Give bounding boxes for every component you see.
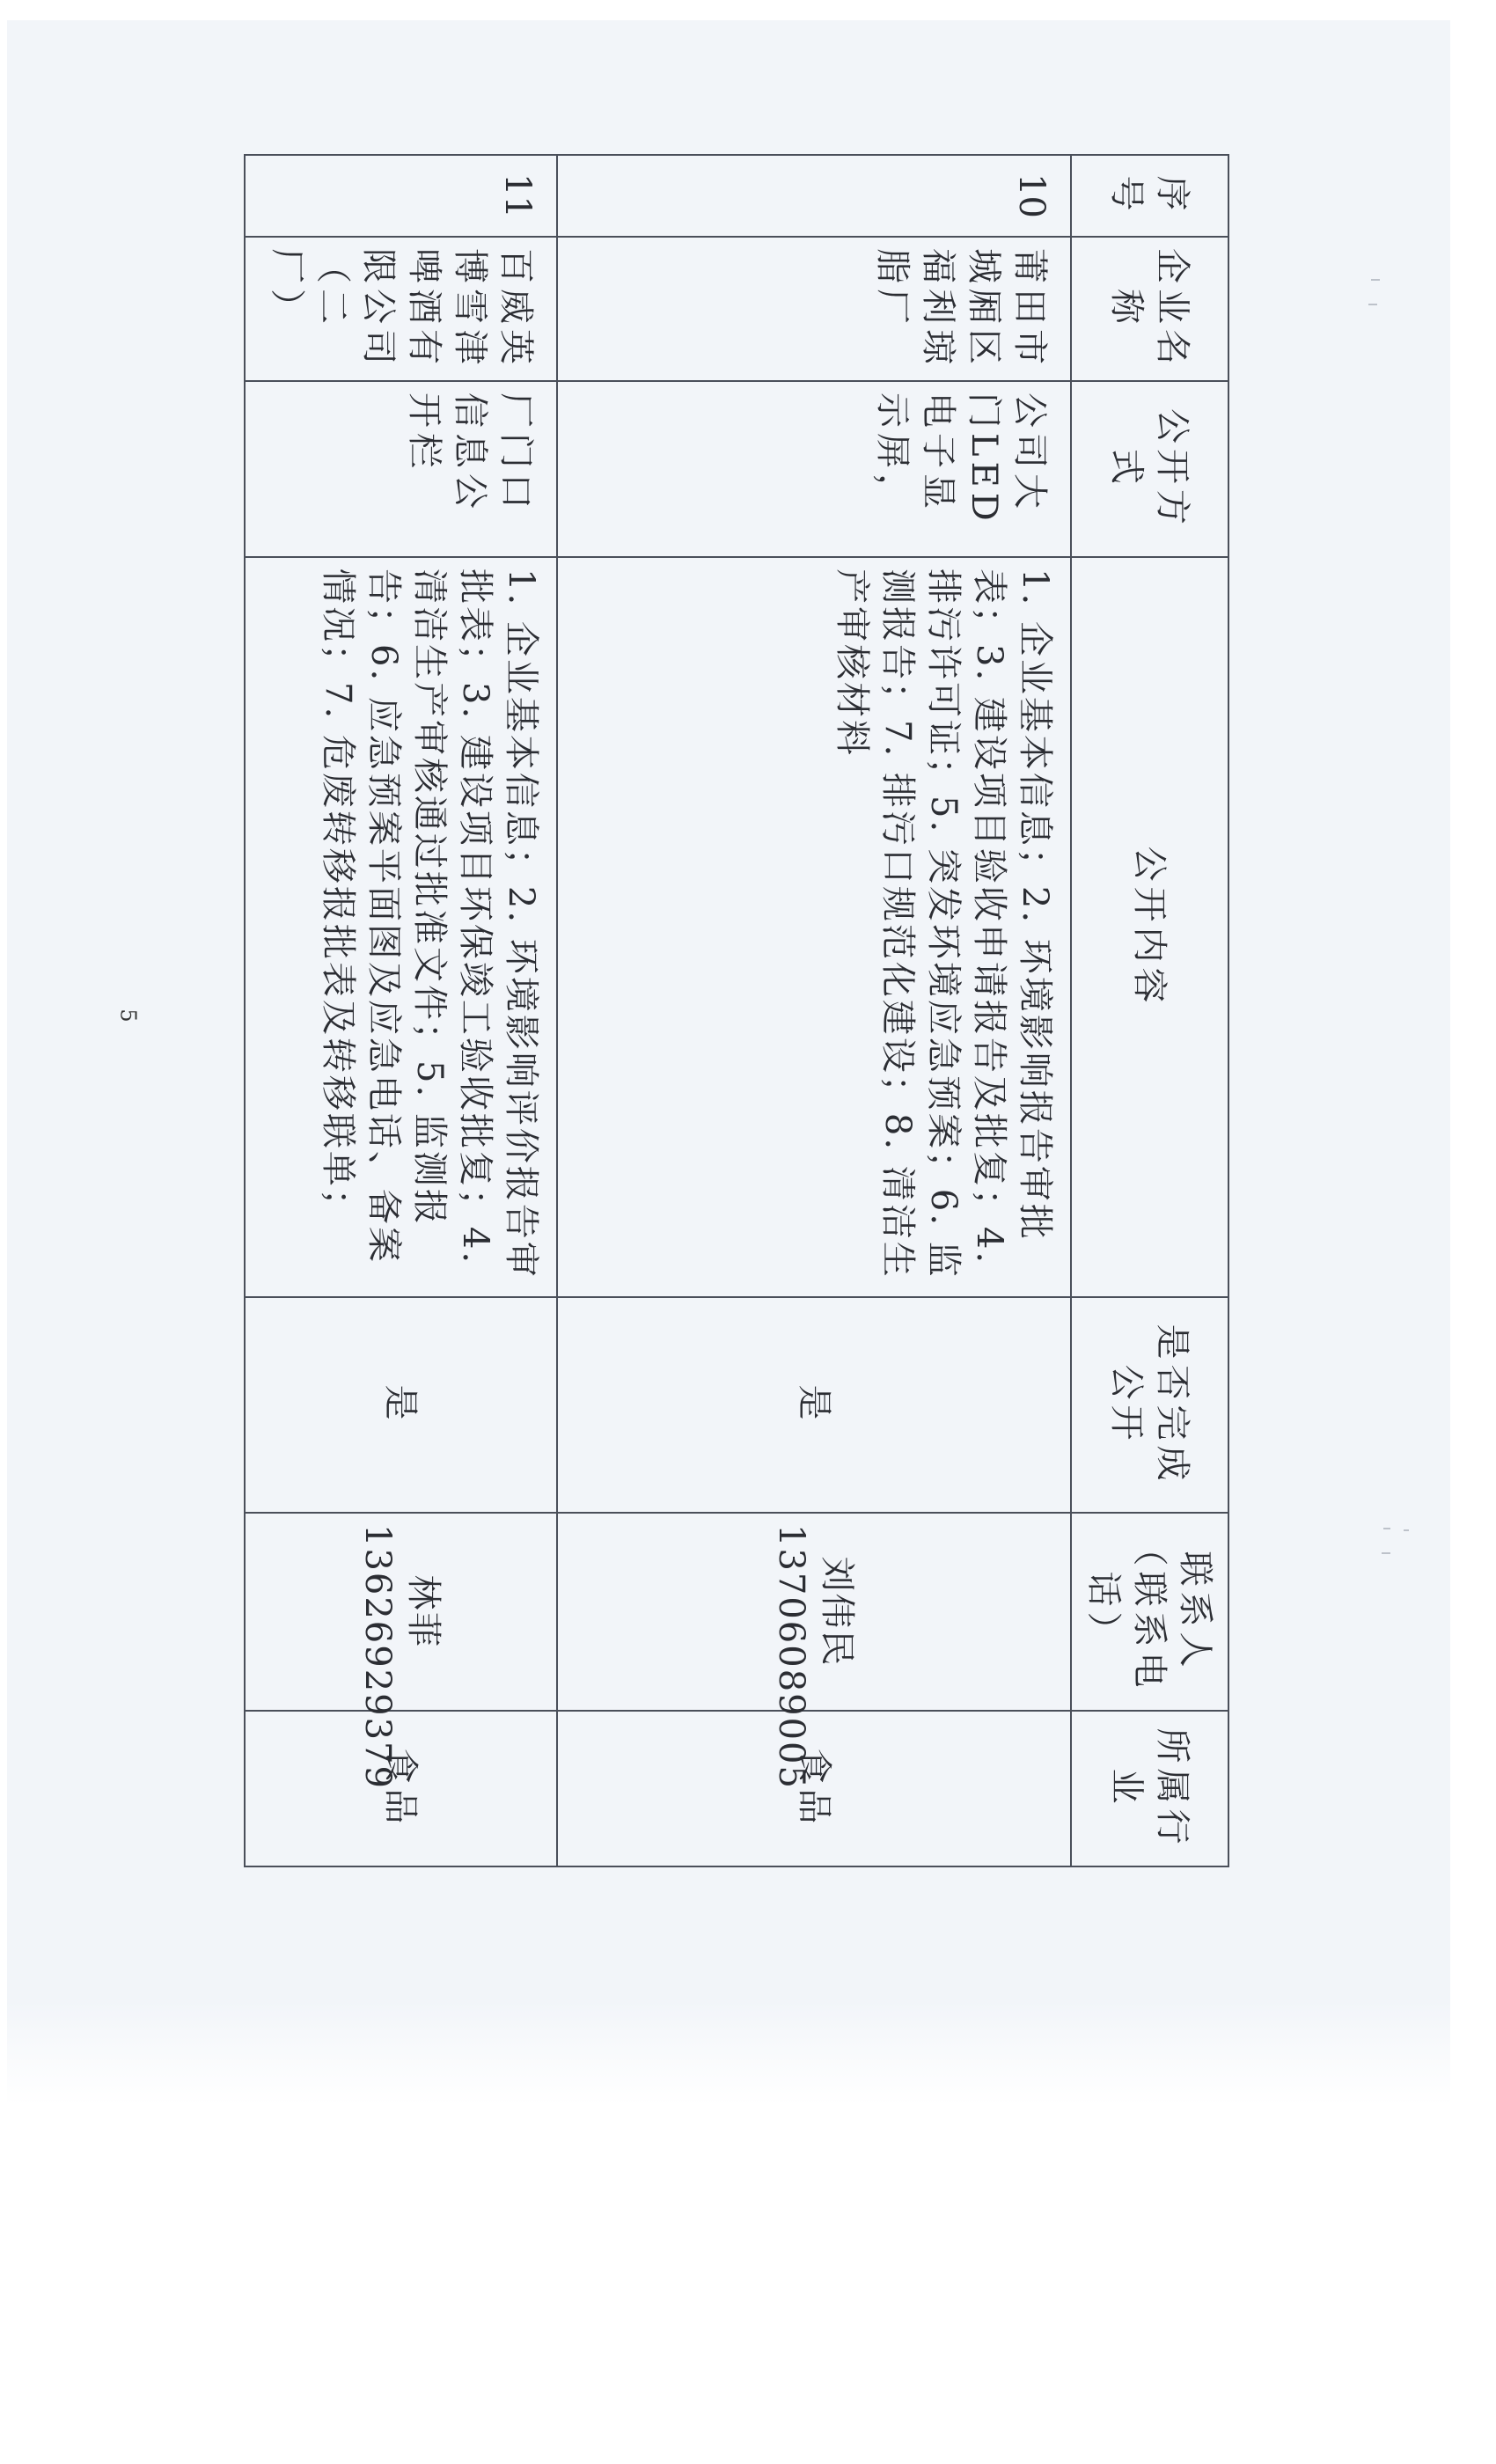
scan-artifact — [1382, 1552, 1390, 1554]
header-seq: 序号 — [1071, 155, 1228, 237]
cell-contact: 刘伟民 13706089005 — [557, 1513, 1071, 1711]
cell-completed: 是 — [245, 1297, 557, 1513]
disclosure-table: 序号 企业名称 公开方式 公开内容 是否完成公开 联系人（联系电话） 所属行业 … — [244, 154, 1229, 1867]
cell-company: 莆田市城厢区福利琼脂厂 — [557, 237, 1071, 381]
scan-artifact — [1404, 1529, 1409, 1531]
contact-name: 林菲 — [401, 1524, 447, 1699]
cell-method: 公司大门LED电子显示屏， — [557, 381, 1071, 557]
cell-content: 1. 企业基本信息；2. 环境影响评价报告审批表；3. 建设项目环保竣工验收批复… — [245, 557, 557, 1297]
header-company: 企业名称 — [1071, 237, 1228, 381]
cell-completed: 是 — [557, 1297, 1071, 1513]
contact-name: 刘伟民 — [814, 1524, 860, 1699]
header-method: 公开方式 — [1071, 381, 1228, 557]
cell-method: 厂门口信息公开栏 — [245, 381, 557, 557]
table-row: 11 百威英博雪津啤酒有限公司（二厂） 厂门口信息公开栏 1. 企业基本信息；2… — [245, 155, 557, 1866]
disclosure-table-container: 序号 企业名称 公开方式 公开内容 是否完成公开 联系人（联系电话） 所属行业 … — [270, 154, 1229, 1866]
paper-edge — [7, 2000, 1450, 2106]
contact-phone: 13626929379 — [356, 1524, 401, 1699]
cell-seq: 11 — [245, 155, 557, 237]
page-number: 5 — [116, 1008, 141, 1022]
cell-industry: 食品 — [245, 1711, 557, 1866]
contact-phone: 13706089005 — [768, 1524, 814, 1699]
cell-company: 百威英博雪津啤酒有限公司（二厂） — [245, 237, 557, 381]
header-industry: 所属行业 — [1071, 1711, 1228, 1866]
cell-content: 1. 企业基本信息；2. 环境影响报告审批表；3. 建设项目验收申请报告及批复；… — [557, 557, 1071, 1297]
cell-seq: 10 — [557, 155, 1071, 237]
header-completed: 是否完成公开 — [1071, 1297, 1228, 1513]
scan-artifact — [1371, 279, 1380, 281]
scan-artifact — [1368, 304, 1377, 305]
header-content: 公开内容 — [1071, 557, 1228, 1297]
header-contact: 联系人（联系电话） — [1071, 1513, 1228, 1711]
cell-industry: 食品 — [557, 1711, 1071, 1866]
table-row: 10 莆田市城厢区福利琼脂厂 公司大门LED电子显示屏， 1. 企业基本信息；2… — [557, 155, 1071, 1866]
scan-artifact — [1383, 1528, 1390, 1529]
table-header-row: 序号 企业名称 公开方式 公开内容 是否完成公开 联系人（联系电话） 所属行业 — [1071, 155, 1228, 1866]
cell-contact: 林菲 13626929379 — [245, 1513, 557, 1711]
